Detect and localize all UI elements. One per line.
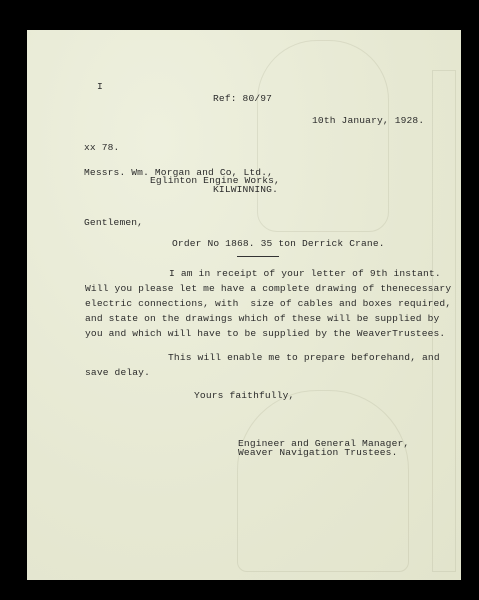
letter-page: I Ref: 80/97 10th January, 1928. xx 78. … [27,30,461,580]
closing: Yours faithfully, [194,390,294,401]
body-line-6: This will enable me to prepare beforehan… [168,352,440,363]
subject-underline [237,256,279,257]
reference: Ref: 80/97 [213,93,272,104]
subject-line: Order No 1868. 35 ton Derrick Crane. [172,238,385,249]
recipient-line-3: KILWINNING. [213,184,278,195]
body-line-2: Will you please let me have a complete d… [85,283,451,294]
body-line-5: you and which will have to be supplied b… [85,328,445,339]
salutation: Gentlemen, [84,217,143,228]
letter-date: 10th January, 1928. [312,115,424,126]
body-line-7: save delay. [85,367,150,378]
margin-mark: I [97,81,103,92]
body-line-3: electric connections, with size of cable… [85,298,451,309]
signature-line-2: Weaver Navigation Trustees. [238,447,398,458]
body-line-4: and state on the drawings which of these… [85,313,439,324]
body-line-1: I am in receipt of your letter of 9th in… [169,268,441,279]
watermark-crest [237,390,409,572]
file-number: xx 78. [84,142,119,153]
watermark-crest [257,40,389,232]
